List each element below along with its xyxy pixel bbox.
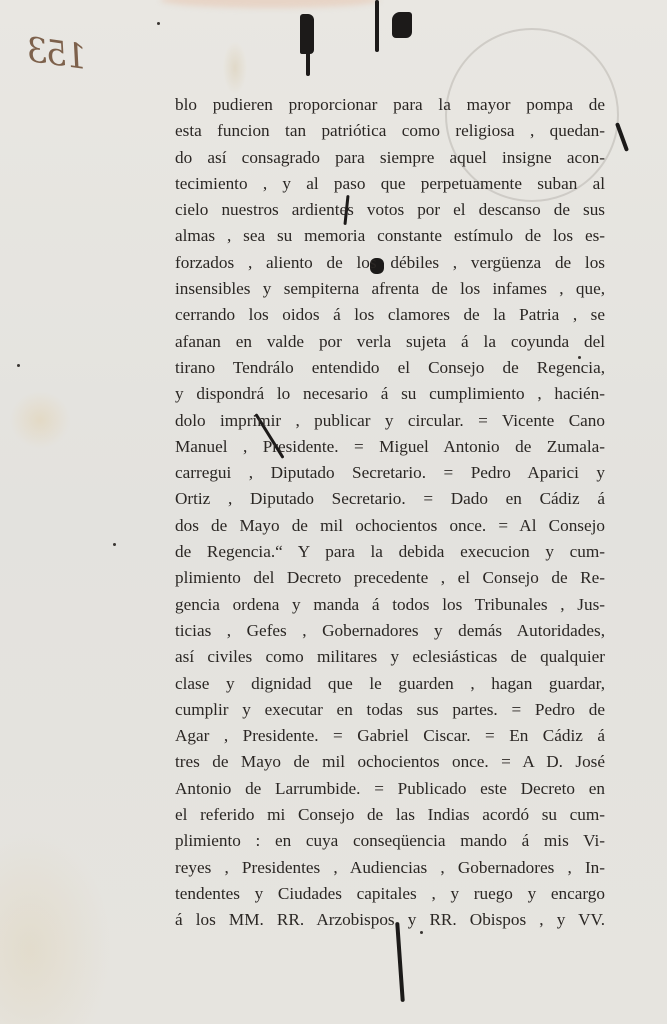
printed-text-block: blo pudieren proporcionar para la mayor …: [175, 92, 605, 934]
ink-speck: [113, 543, 116, 546]
text-line: blo pudieren proporcionar para la mayor …: [175, 92, 605, 118]
text-line: afanan en valde por verla sujeta á la co…: [175, 329, 605, 355]
text-line: dos de Mayo de mil ochocientos once. = A…: [175, 513, 605, 539]
text-line: tirano Tendrálo entendido el Consejo de …: [175, 355, 605, 381]
text-line: ticias , Gefes , Gobernadores y demás Au…: [175, 618, 605, 644]
text-line: clase y dignidad que le guarden , hagan …: [175, 671, 605, 697]
text-line: tecimiento , y al paso que perpetuamente…: [175, 171, 605, 197]
ink-mark: [395, 922, 405, 1002]
ink-mark: [392, 12, 412, 38]
text-line: do así consagrado para siempre aquel ins…: [175, 145, 605, 171]
text-line: cielo nuestros ardientes votos por el de…: [175, 197, 605, 223]
handwritten-folio-number: 153: [26, 30, 90, 78]
text-line: cumplir y executar en todas sus partes. …: [175, 697, 605, 723]
document-page: 153 blo pudieren proporcionar para la ma…: [0, 0, 667, 1024]
ink-mark: [375, 0, 379, 52]
text-line: á los MM. RR. Arzobispos y RR. Obispos ,…: [175, 907, 605, 933]
text-line: Agar , Presidente. = Gabriel Ciscar. = E…: [175, 723, 605, 749]
text-line: así civiles como militares y eclesiástic…: [175, 644, 605, 670]
paper-stain: [160, 0, 380, 8]
text-line: dolo imprimir , publicar y circular. = V…: [175, 408, 605, 434]
text-line: Ortiz , Diputado Secretario. = Dado en C…: [175, 486, 605, 512]
text-line: de Regencia.“ Y para la debida execucion…: [175, 539, 605, 565]
text-line: plimiento del Decreto precedente , el Co…: [175, 565, 605, 591]
text-line: esta funcion tan patriótica como religio…: [175, 118, 605, 144]
ink-mark: [306, 50, 310, 76]
ink-mark: [615, 122, 629, 152]
text-line: forzados , aliento de los débiles , verg…: [175, 250, 605, 276]
text-line: cerrando los oidos á los clamores de la …: [175, 302, 605, 328]
text-line: reyes , Presidentes , Audiencias , Gober…: [175, 855, 605, 881]
text-line: Manuel , Presidente. = Miguel Antonio de…: [175, 434, 605, 460]
text-line: tres de Mayo de mil ochocientos once. = …: [175, 749, 605, 775]
text-line: plimiento : en cuya conseqüencia mando á…: [175, 828, 605, 854]
text-line: carregui , Diputado Secretario. = Pedro …: [175, 460, 605, 486]
text-line: insensibles y sempiterna afrenta de los …: [175, 276, 605, 302]
text-line: el referido mi Consejo de las Indias aco…: [175, 802, 605, 828]
ink-speck: [157, 22, 160, 25]
text-line: almas , sea su memoria constante estímul…: [175, 223, 605, 249]
text-line: y dispondrá lo necesario á su cumplimien…: [175, 381, 605, 407]
ink-mark: [300, 14, 314, 54]
ink-speck: [17, 364, 20, 367]
text-line: tendentes y Ciudades capitales , y ruego…: [175, 881, 605, 907]
text-line: gencia ordena y manda á todos los Tribun…: [175, 592, 605, 618]
text-line: Antonio de Larrumbide. = Publicado este …: [175, 776, 605, 802]
